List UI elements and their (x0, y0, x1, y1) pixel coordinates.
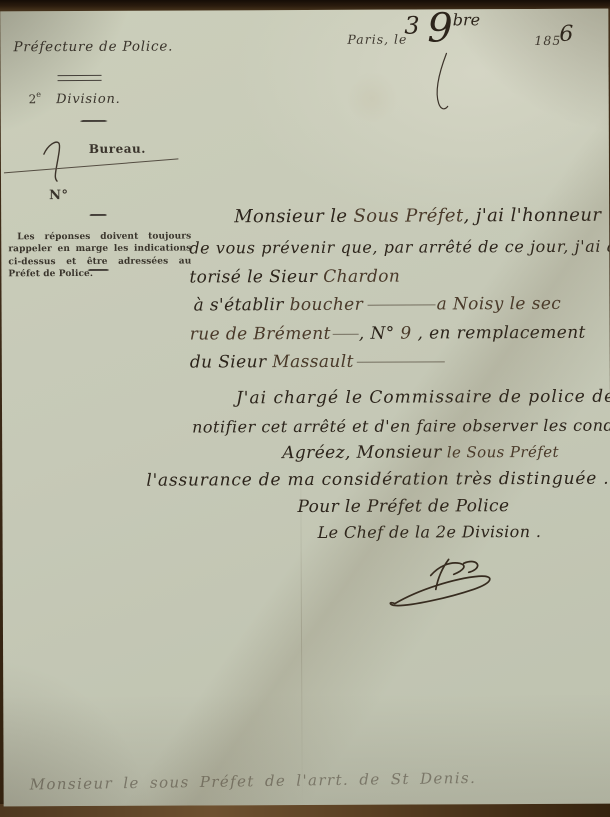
body-line-3: torisé le Sieur Chardon (189, 267, 400, 288)
body-text: torisé le Sieur (189, 267, 323, 288)
body-line-2: de vous prévenir que, par arrêté de ce j… (189, 237, 610, 258)
filled-in-street: rue de Brément (190, 324, 331, 345)
body-text: à s'établir (194, 295, 290, 315)
closing-authority: Pour le Préfet de Police (297, 496, 509, 517)
dash-divider (80, 120, 108, 123)
month-suffix: bre (453, 10, 480, 29)
body-text: du Sieur (190, 352, 273, 372)
month-numeral: 9 (427, 9, 453, 52)
body-line-8: notifier cet arrêté et d'en faire observ… (192, 415, 610, 436)
body-line-9: Agréez, Monsieur le Sous Préfet (282, 442, 559, 463)
letterhead-office: Préfecture de Police. (13, 39, 173, 56)
dateline-month: 9bre (427, 9, 480, 52)
body-line-10: l'assurance de ma considération très dis… (146, 469, 609, 491)
filled-in-place: a Noisy le sec (437, 294, 562, 315)
bureau-underline (4, 158, 179, 173)
dateline-year-printed: 185 (534, 33, 561, 48)
body-line-5: rue de Brément, N° 9 , en remplacement (190, 323, 586, 345)
bureau-number-handwritten (41, 138, 67, 182)
dash-divider (87, 269, 109, 271)
body-text: , N° (359, 324, 401, 344)
bureau-label: Bureau. (89, 142, 146, 156)
dateline-year-digit: 6 (559, 22, 573, 47)
number-label: N° (49, 188, 68, 203)
letterhead-notice: Les réponses doivent toujours rappeler e… (8, 230, 191, 280)
body-line-6: du Sieur Massault (190, 351, 445, 372)
letterhead-division: 2e Division. (29, 88, 121, 107)
photo-scene: Préfecture de Police. 2e Division. Burea… (0, 0, 610, 817)
body-text: , j'ai l'honneur (464, 205, 602, 227)
filled-in-recipient: le Sous Préfet (442, 443, 559, 462)
blank-filler-line (367, 304, 435, 305)
body-text: Monsieur le (234, 206, 353, 228)
filled-in-trade: boucher (290, 295, 364, 315)
division-number: 2 (29, 92, 37, 106)
dateline-place: Paris, le (347, 32, 407, 47)
body-text: Agréez, Monsieur (282, 442, 442, 463)
body-line-4: à s'établir boucher a Noisy le sec (194, 294, 436, 315)
division-label: Division. (56, 92, 121, 107)
signature-flourish (381, 551, 511, 614)
double-rule-divider (58, 75, 102, 81)
filled-in-predecessor: Massault (272, 352, 354, 372)
filled-in-number: 9 (400, 324, 411, 344)
dateline-day: 3 (404, 12, 419, 40)
filled-in-recipient: Sous Préfet (353, 205, 463, 226)
closing-signatory-title: Le Chef de la 2e Division . (318, 522, 542, 542)
letter-paper: Préfecture de Police. 2e Division. Burea… (0, 9, 610, 807)
division-ordinal: e (36, 90, 41, 99)
handwritten-numeral-stroke (41, 138, 67, 182)
blank-filler-line (333, 334, 359, 335)
body-line-7: J'ai chargé le Commissaire de police de (236, 387, 610, 409)
dash-divider (89, 214, 107, 216)
body-text: , en remplacement (412, 323, 586, 344)
pencil-address-note: Monsieur le sous Préfet de l'arrt. de St… (30, 769, 477, 794)
pen-descender-flourish (430, 51, 454, 113)
body-line-1: Monsieur le Sous Préfet, j'ai l'honneur (234, 205, 601, 228)
blank-filler-line (357, 361, 445, 362)
filled-in-name: Chardon (323, 267, 400, 287)
